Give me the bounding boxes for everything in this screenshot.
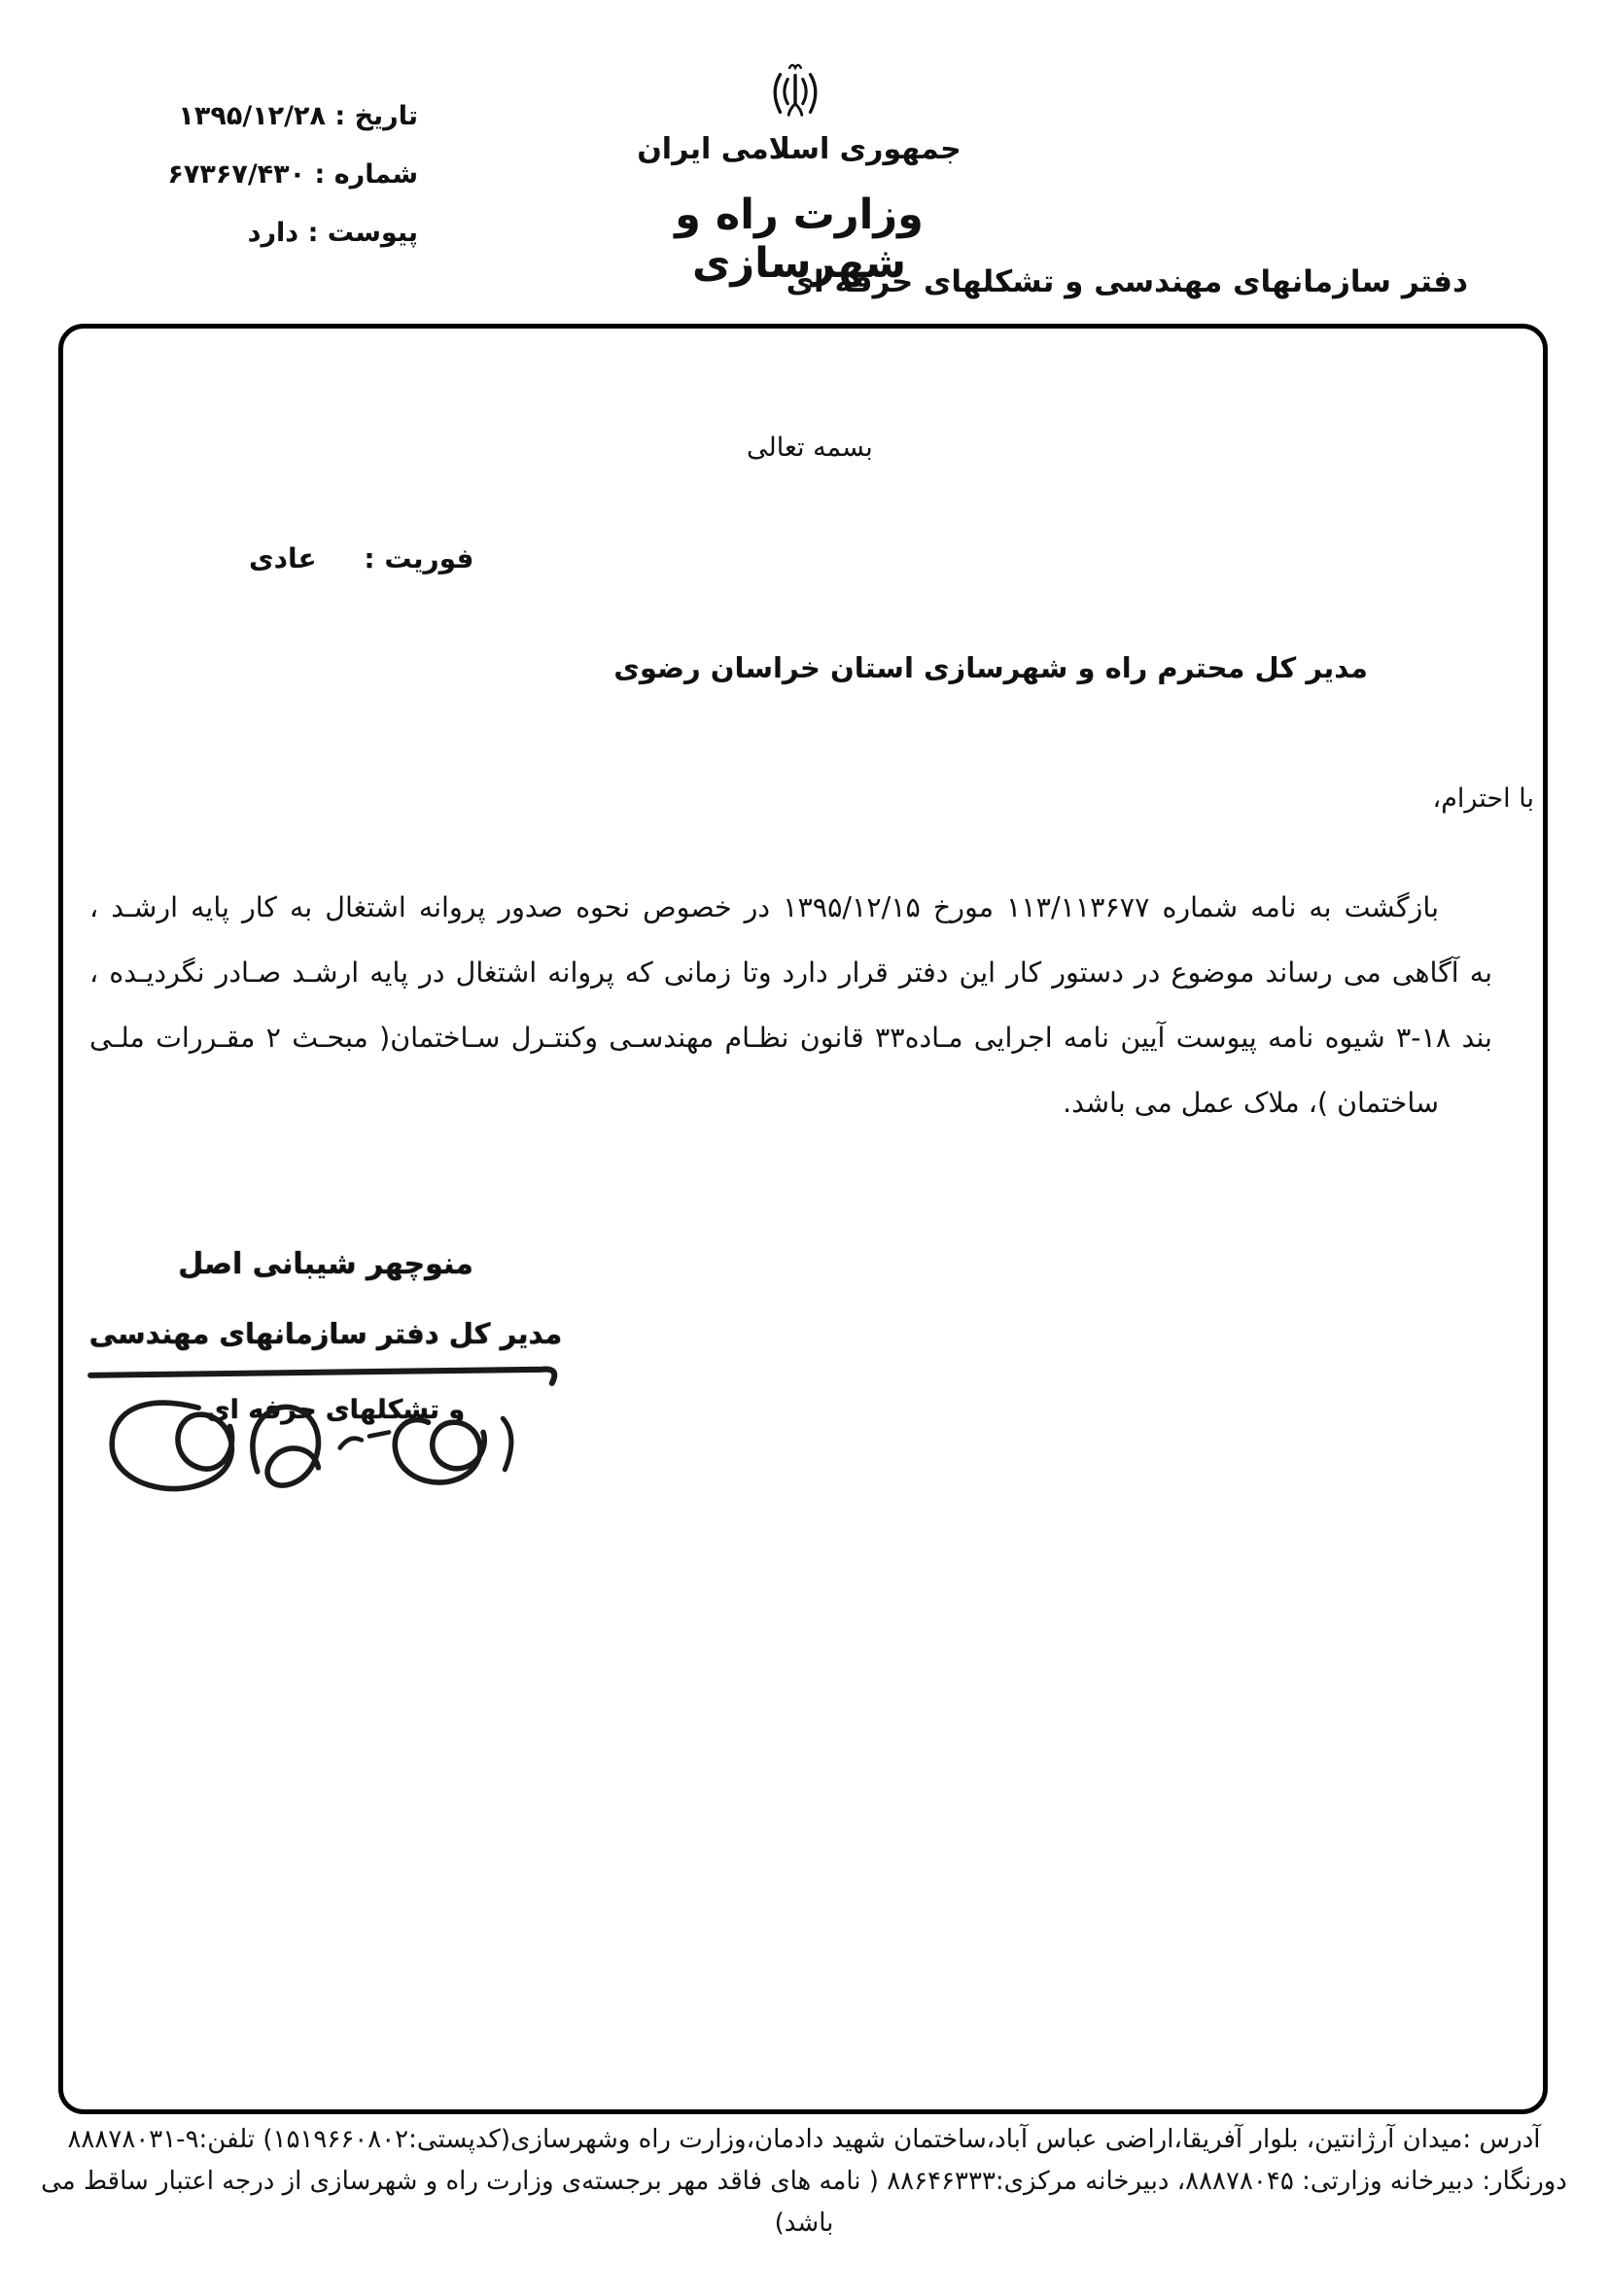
addressee-text: مدیر کل محترم راه و شهرسازی استان خراسان… <box>613 651 1368 684</box>
letter-body: بازگشت به نامه شماره ۱۱۳/۱۱۳۶۷۷ مورخ ۱۳۹… <box>89 875 1492 1135</box>
letter-date: تاریخ : ۱۳۹۵/۱۲/۲۸ <box>151 87 418 146</box>
priority-text: فوریت : عادی <box>249 542 474 574</box>
letter-number: شماره : ۶۷۳۶۷/۴۳۰ <box>151 146 418 204</box>
signature-block: منوچهر شیبانی اصل مدیر کل دفتر سازمانهای… <box>73 1247 578 1548</box>
iran-coat-of-arms-icon <box>765 60 825 126</box>
letter-meta-block: تاریخ : ۱۳۹۵/۱۲/۲۸ شماره : ۶۷۳۶۷/۴۳۰ پیو… <box>151 87 418 262</box>
footer-address-line: آدرس :میدان آرژانتین، بلوار آفریقا،اراضی… <box>34 2119 1574 2161</box>
country-title: جمهوری اسلامی ایران <box>561 132 1037 166</box>
body-line-4: ساختمان )، ملاک عمل می باشد. <box>89 1070 1492 1135</box>
letter-frame <box>58 324 1548 2114</box>
body-line-3: بند ۱۸-۳ شیوه نامه پیوست آیین نامه اجرای… <box>89 1005 1492 1070</box>
signatory-name: منوچهر شیبانی اصل <box>73 1247 578 1281</box>
signatory-title-line1: مدیر کل دفتر سازمانهای مهندسی <box>73 1317 578 1350</box>
office-title: دفتر سازمانهای مهندسی و تشکلهای حرفه ای <box>787 264 1468 299</box>
footer-fax-line: دورنگار: دبیرخانه وزارتی: ۸۸۸۷۸۰۴۵، دبیر… <box>34 2161 1574 2244</box>
salutation-text: با احترام، <box>1433 783 1535 814</box>
body-line-1: بازگشت به نامه شماره ۱۱۳/۱۱۳۶۷۷ مورخ ۱۳۹… <box>89 875 1492 940</box>
besmele-text: بسمه تعالی <box>747 433 873 463</box>
letter-attachment: پیوست : دارد <box>151 204 418 262</box>
letter-footer: آدرس :میدان آرژانتین، بلوار آفریقا،اراضی… <box>34 2119 1574 2244</box>
body-line-2: به آگاهی می رساند موضوع در دستور کار این… <box>89 940 1492 1005</box>
letter-page: تاریخ : ۱۳۹۵/۱۲/۲۸ شماره : ۶۷۳۶۷/۴۳۰ پیو… <box>0 0 1608 2296</box>
handwritten-signature-icon <box>83 1352 574 1527</box>
